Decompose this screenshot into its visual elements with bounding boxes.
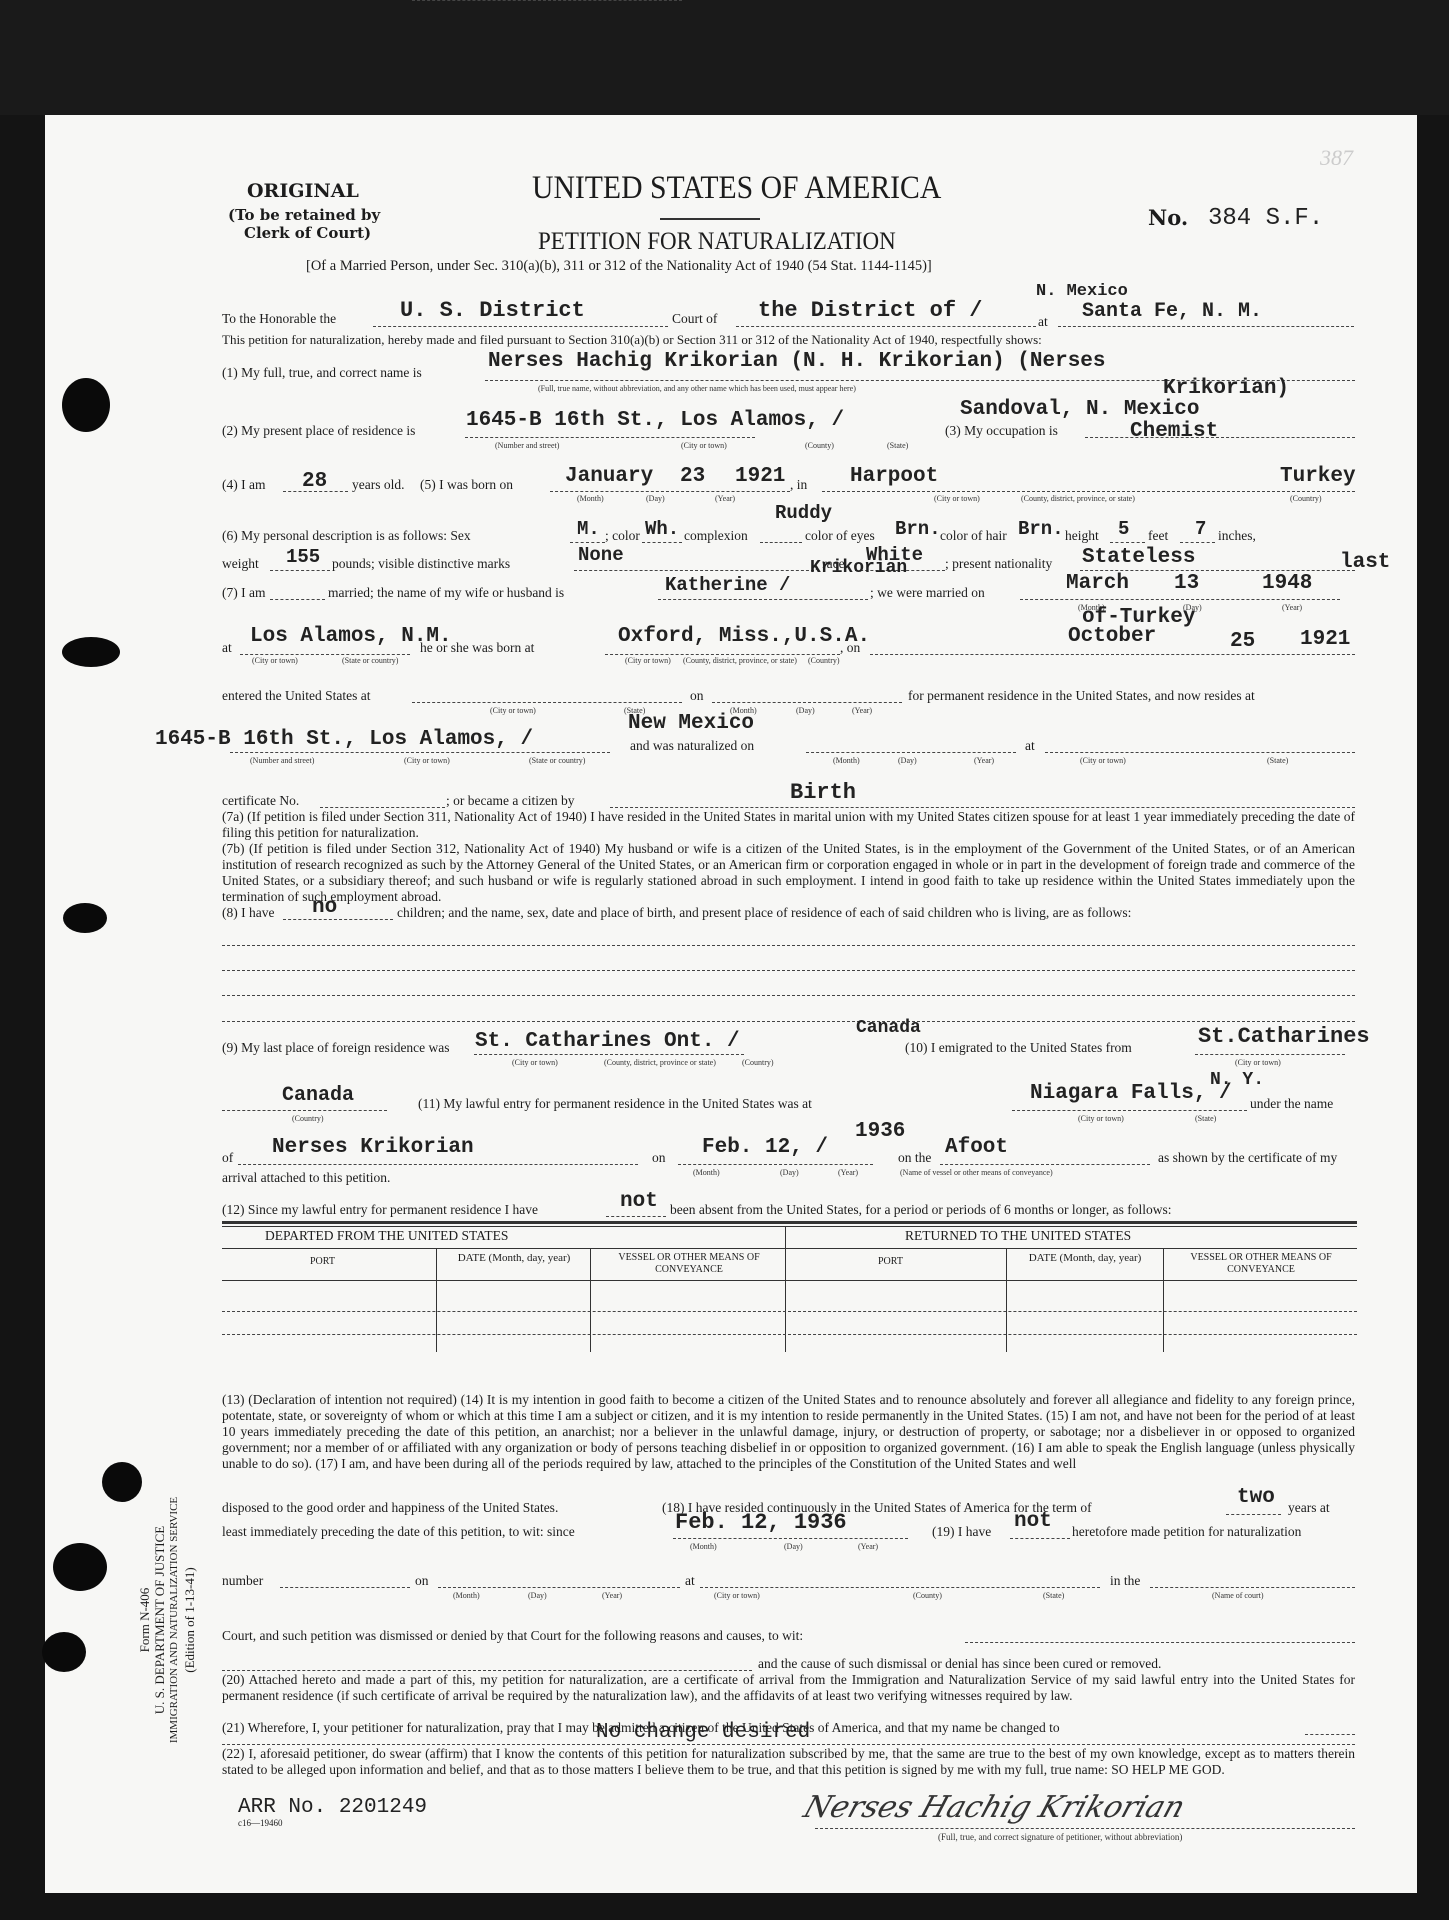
entry-of: of	[222, 1150, 233, 1166]
spouse-res-hint: (Number and street)	[250, 756, 314, 765]
title-rule	[660, 218, 760, 220]
born-in-label: , in	[790, 477, 807, 493]
entered-hint: (City or town)	[490, 706, 536, 715]
sections-13-17: (13) (Declaration of intention not requi…	[222, 1392, 1355, 1472]
field-line	[280, 1587, 410, 1588]
field-line	[1305, 1734, 1355, 1735]
marriage-place-hint: (State or country)	[342, 656, 398, 665]
age-suffix: years old.	[352, 477, 404, 493]
field-line	[1110, 542, 1145, 543]
birth-day: 23	[680, 465, 705, 488]
court-district-above: N. Mexico	[1036, 282, 1128, 301]
since-hint: (Year)	[858, 1542, 878, 1551]
eyes-label: color of eyes	[805, 528, 875, 544]
entry-tail: as shown by the certificate of my	[1158, 1150, 1337, 1166]
foreign-hint: (Country)	[742, 1058, 774, 1067]
entry-hint: (Name of vessel or other means of convey…	[900, 1168, 1053, 1177]
weight-label: weight	[222, 556, 259, 572]
marriage-hint: (Year)	[1282, 603, 1302, 612]
prior-hint: (Name of court)	[1212, 1591, 1264, 1600]
entered-on: on	[690, 688, 704, 704]
petition-number: 384 S.F.	[1208, 205, 1323, 232]
prior-on-label: on	[415, 1573, 429, 1589]
field-line	[1045, 752, 1355, 753]
residence-label: (2) My present place of residence is	[222, 423, 415, 439]
field-line	[222, 1670, 752, 1671]
married-label: (7) I am	[222, 585, 265, 601]
married-on-label: ; we were married on	[870, 585, 985, 601]
born-hint: (County, district, province, or state)	[1021, 494, 1135, 503]
field-line	[965, 1642, 1355, 1643]
col-header: PORT	[878, 1256, 903, 1267]
resided-tail: years at	[1288, 1500, 1330, 1516]
emigrated-country: Canada	[282, 1084, 354, 1107]
name-change-value: No change desired	[596, 1721, 810, 1744]
prior-tail: heretofore made petition for naturalizat…	[1072, 1524, 1301, 1540]
arrival-attached: arrival attached to this petition.	[222, 1170, 390, 1186]
naturalized-hint: (State)	[1267, 756, 1288, 765]
court-dismissed-text: Court, and such petition was dismissed o…	[222, 1628, 803, 1644]
hair-value: Brn.	[1018, 518, 1064, 540]
spouse-born-hint: (City or town)	[625, 656, 671, 665]
pursuant-text: This petition for naturalization, hereby…	[222, 332, 1042, 348]
prior-hint: (County)	[913, 1591, 942, 1600]
print-code: c16—19460	[238, 1818, 283, 1828]
table-row	[222, 1334, 1357, 1335]
signature-line	[815, 1828, 1355, 1829]
court-district: the District of /	[758, 298, 982, 323]
residence-value: 1645-B 16th St., Los Alamos, /	[466, 409, 844, 432]
residence-hint: (City or town)	[681, 441, 727, 450]
field-line	[240, 654, 410, 655]
certificate-label: certificate No.	[222, 793, 299, 809]
naturalized-hint: (Month)	[833, 756, 860, 765]
born-hint: (Year)	[715, 494, 735, 503]
field-line	[270, 570, 330, 571]
nationality-label: ; present nationality	[945, 556, 1052, 572]
arr-number: ARR No. 2201249	[238, 1796, 427, 1819]
name-hint: (Full, true name, without abbreviation, …	[538, 384, 856, 393]
height-feet: 5	[1118, 518, 1129, 540]
hair-label: color of hair	[940, 528, 1007, 544]
table-top-rule	[222, 1226, 1357, 1227]
table-header-rule	[222, 1280, 1357, 1281]
field-line	[1080, 570, 1355, 571]
resided-value: two	[1237, 1486, 1275, 1509]
field-line	[373, 326, 668, 327]
marriage-day: 13	[1174, 572, 1199, 595]
nationality-value: Stateless	[1082, 546, 1195, 569]
field-line	[412, 702, 682, 703]
marks-value: None	[578, 544, 624, 566]
entry-label: (11) My lawful entry for permanent resid…	[418, 1096, 812, 1112]
field-line	[222, 1110, 387, 1111]
field-line	[438, 1587, 680, 1588]
birth-year: 1921	[735, 465, 785, 488]
of-turkey-note: of-Turkey	[1082, 606, 1195, 629]
weight-value: 155	[286, 546, 320, 568]
spouse-born-on: , on	[840, 640, 860, 656]
entered-hint: (Year)	[852, 706, 872, 715]
scan-border-top	[0, 0, 1449, 115]
children-tail: children; and the name, sex, date and pl…	[397, 905, 1131, 921]
court-of-label: Court of	[672, 311, 717, 327]
spouse-birth-year: 1921	[1300, 628, 1350, 651]
prior-label: (19) I have	[932, 1524, 991, 1540]
prior-hint: (City or town)	[714, 1591, 760, 1600]
field-line	[270, 599, 325, 600]
entry-vessel: Afoot	[945, 1136, 1008, 1159]
prior-hint: (Month)	[453, 1591, 480, 1600]
entry-hint: (State)	[1195, 1114, 1216, 1123]
color-value: Wh.	[645, 518, 679, 540]
entry-city: Niagara Falls, /	[1030, 1082, 1232, 1105]
children-blank-line	[222, 1021, 1355, 1022]
prior-hint: (Day)	[528, 1591, 547, 1600]
court-at-label: at	[1038, 314, 1048, 330]
naturalized-label: and was naturalized on	[630, 738, 754, 754]
spouse-born-label: he or she was born at	[420, 640, 534, 656]
spouse-residence: 1645-B 16th St., Los Alamos, /	[155, 728, 533, 751]
foreign-hint: (City or town)	[512, 1058, 558, 1067]
entry-year: 1936	[855, 1120, 905, 1143]
field-line	[642, 542, 682, 543]
born-hint: (City or town)	[934, 494, 980, 503]
field-line	[678, 1164, 873, 1165]
emigrated-city: St.Catharines	[1198, 1024, 1370, 1049]
col-header: VESSEL OR OTHER MEANS OF CONVEYANCE	[1166, 1252, 1356, 1276]
field-line	[822, 491, 1355, 492]
petition-number-label: No.	[1148, 205, 1188, 230]
col-header: DATE (Month, day, year)	[1010, 1252, 1160, 1264]
nationality-note: last	[1340, 551, 1390, 574]
entry-hint: (Month)	[693, 1168, 720, 1177]
born-label: (5) I was born on	[420, 477, 513, 493]
entry-hint: (Year)	[838, 1168, 858, 1177]
field-line	[574, 570, 814, 571]
name-label: (1) My full, true, and correct name is	[222, 365, 422, 381]
inches-label: inches,	[1218, 528, 1256, 544]
service-name: IMMIGRATION AND NATURALIZATION SERVICE	[167, 1450, 182, 1790]
field-line	[673, 1538, 908, 1539]
entry-name: Nerses Krikorian	[272, 1136, 474, 1159]
court-name: U. S. District	[400, 298, 585, 323]
field-line	[1150, 1587, 1355, 1588]
entered-label: entered the United States at	[222, 688, 370, 704]
entered-hint: (Day)	[796, 706, 815, 715]
absent-value: not	[620, 1190, 658, 1213]
sex-value: M.	[577, 518, 600, 540]
complexion-label: complexion	[684, 528, 748, 544]
punch-hole	[62, 637, 120, 667]
field-line	[605, 654, 840, 655]
spouse-born-hint: (Country)	[808, 656, 840, 665]
pounds-label: pounds; visible distinctive marks	[332, 556, 510, 572]
foreign-hint: (County, district, province or state)	[604, 1058, 716, 1067]
marriage-place-hint: (City or town)	[252, 656, 298, 665]
field-line	[550, 491, 790, 492]
field-line	[940, 1164, 1150, 1165]
marriage-year: 1948	[1262, 572, 1312, 595]
born-hint: (Month)	[577, 494, 604, 503]
field-line	[465, 437, 755, 438]
residence-hint: (County)	[805, 441, 834, 450]
punch-hole	[42, 1632, 86, 1672]
departed-header: DEPARTED FROM THE UNITED STATES	[265, 1228, 508, 1244]
table-top-rule	[222, 1221, 1357, 1224]
form-number: Form N-406	[137, 1450, 152, 1790]
entry-state: N. Y.	[1210, 1070, 1264, 1090]
occupation-value: Chemist	[1130, 420, 1218, 443]
born-hint: (Day)	[646, 494, 665, 503]
field-line	[610, 807, 1355, 808]
foreign-residence-country: Canada	[856, 1018, 921, 1038]
spouse-birth-day: 25	[1230, 630, 1255, 653]
children-label: (8) I have	[222, 905, 274, 921]
entry-name-label: under the name	[1250, 1096, 1333, 1112]
punch-hole	[53, 1543, 107, 1591]
field-line	[1058, 326, 1354, 327]
citizen-by-value: Birth	[790, 780, 856, 805]
prior-in-the-label: in the	[1110, 1573, 1140, 1589]
section-7b: (7b) (If petition is filed under Section…	[222, 841, 1355, 905]
spouse-residence-state: New Mexico	[628, 712, 754, 735]
married-mid: married; the name of my wife or husband …	[328, 585, 564, 601]
column-divider	[590, 1249, 591, 1352]
column-divider	[436, 1249, 437, 1352]
field-line	[760, 542, 802, 543]
foreign-residence-label: (9) My last place of foreign residence w…	[222, 1040, 450, 1056]
punch-hole	[102, 1462, 142, 1502]
retained-note: (To be retained by	[228, 206, 380, 224]
emigrated-hint: (City or town)	[1235, 1058, 1281, 1067]
height-inches: 7	[1195, 518, 1206, 540]
born-hint: (Country)	[1290, 494, 1322, 503]
signature-hint: (Full, true, and correct signature of pe…	[938, 1832, 1182, 1842]
full-name-cont: Krikorian)	[1163, 377, 1289, 400]
emigrated-hint: (Country)	[292, 1114, 324, 1123]
table-row	[222, 1311, 1357, 1312]
citizen-by-label: ; or became a citizen by	[446, 793, 575, 809]
spouse-first-name: Katherine /	[665, 574, 790, 596]
field-line	[1195, 1054, 1345, 1055]
entered-tail: for permanent residence in the United St…	[908, 688, 1255, 704]
disposed-text: disposed to the good order and happiness…	[222, 1500, 558, 1516]
children-blank-line	[222, 970, 1355, 971]
entry-hint: (Day)	[780, 1168, 799, 1177]
color-label: ; color	[605, 528, 640, 544]
form-title: PETITION FOR NATURALIZATION	[538, 228, 896, 256]
entry-hint: (City or town)	[1078, 1114, 1124, 1123]
since-hint: (Month)	[690, 1542, 717, 1551]
field-line	[1226, 1514, 1281, 1515]
col-header: VESSEL OR OTHER MEANS OF CONVEYANCE	[594, 1252, 784, 1276]
field-line	[1180, 542, 1215, 543]
court-lead: To the Honorable the	[222, 311, 336, 327]
col-header: DATE (Month, day, year)	[440, 1252, 588, 1264]
naturalized-hint: (Day)	[898, 756, 917, 765]
field-line	[283, 919, 393, 920]
punch-hole	[62, 378, 110, 432]
section-22: (22) I, aforesaid petitioner, do swear (…	[222, 1746, 1355, 1778]
field-line	[700, 1587, 1100, 1588]
field-line	[1085, 437, 1355, 438]
least-label: least immediately preceding the date of …	[222, 1524, 575, 1540]
entry-on-the: on the	[898, 1150, 931, 1166]
field-line	[712, 702, 902, 703]
field-line	[1020, 599, 1340, 600]
entry-on: on	[652, 1150, 666, 1166]
retained-note: Clerk of Court)	[244, 224, 371, 242]
field-line	[1012, 1110, 1247, 1111]
emigrated-label: (10) I emigrated to the United States fr…	[905, 1040, 1132, 1056]
department-name: U. S. DEPARTMENT OF JUSTICE	[152, 1450, 167, 1790]
birth-city: Harpoot	[850, 465, 938, 488]
prior-hint: (State)	[1043, 1591, 1064, 1600]
field-line	[570, 542, 605, 543]
court-location: Santa Fe, N. M.	[1082, 300, 1262, 323]
married-at-label: at	[222, 640, 232, 656]
marriage-month: March	[1066, 572, 1129, 595]
field-line	[1010, 1538, 1070, 1539]
description-label: (6) My personal description is as follow…	[222, 528, 471, 544]
residence-hint: (Number and street)	[495, 441, 559, 450]
foreign-residence-value: St. Catharines Ont. /	[475, 1030, 740, 1053]
complexion-value: Ruddy	[775, 502, 832, 524]
pencil-mark: 387	[1320, 145, 1353, 171]
birth-country: Turkey	[1280, 465, 1356, 488]
field-line	[222, 1744, 1355, 1745]
column-divider	[1163, 1249, 1164, 1352]
birth-month: January	[565, 465, 653, 488]
field-line	[806, 752, 1016, 753]
field-line	[606, 1216, 666, 1217]
eyes-value: Brn.	[895, 518, 941, 540]
entry-date: Feb. 12, /	[702, 1136, 828, 1159]
punch-hole	[63, 903, 107, 933]
field-line	[870, 654, 1355, 655]
residence-county: Sandoval, N. Mexico	[960, 398, 1199, 421]
height-label: height	[1065, 528, 1099, 544]
children-value: no	[312, 896, 337, 919]
original-label: ORIGINAL	[247, 180, 359, 202]
field-line	[238, 1164, 638, 1165]
full-name: Nerses Hachig Krikorian (N. H. Krikorian…	[488, 350, 1106, 373]
spouse-birthplace: Oxford, Miss.,U.S.A.	[618, 625, 870, 648]
feet-label: feet	[1148, 528, 1168, 544]
field-line	[658, 599, 868, 600]
form-subtitle: [Of a Married Person, under Sec. 310(a)(…	[306, 258, 932, 275]
naturalized-hint: (City or town)	[1080, 756, 1126, 765]
spouse-res-hint: (City or town)	[404, 756, 450, 765]
prior-number-label: number	[222, 1573, 263, 1589]
since-date: Feb. 12, 1936	[675, 1510, 847, 1535]
field-line	[736, 326, 1036, 327]
col-header: PORT	[310, 1256, 335, 1267]
field-line	[412, 0, 682, 1]
section-7a: (7a) (If petition is filed under Section…	[222, 809, 1355, 841]
occupation-label: (3) My occupation is	[945, 423, 1058, 439]
form-edition: (Edition of 1-13-41)	[182, 1450, 197, 1790]
children-blank-line	[222, 945, 1355, 946]
country-title: UNITED STATES OF AMERICA	[532, 170, 941, 207]
form-info: Form N-406 U. S. DEPARTMENT OF JUSTICE I…	[137, 1450, 197, 1790]
since-hint: (Day)	[784, 1542, 803, 1551]
naturalized-at: at	[1025, 738, 1035, 754]
petitioner-signature: Nerses Hachig Krikorian	[799, 1790, 1189, 1825]
age-label: (4) I am	[222, 477, 265, 493]
field-line	[320, 807, 445, 808]
field-line	[230, 752, 610, 753]
prior-at-label: at	[685, 1573, 695, 1589]
table-subheader-rule	[222, 1248, 1357, 1249]
column-divider	[1006, 1249, 1007, 1352]
children-blank-line	[222, 995, 1355, 996]
prior-value: not	[1014, 1510, 1052, 1533]
returned-header: RETURNED TO THE UNITED STATES	[905, 1228, 1131, 1244]
age-value: 28	[302, 470, 327, 493]
spouse-last-name: Krikorian	[810, 558, 907, 578]
section-20: (20) Attached hereto and made a part of …	[222, 1672, 1355, 1704]
naturalized-hint: (Year)	[974, 756, 994, 765]
absent-tail: been absent from the United States, for …	[670, 1202, 1171, 1218]
spouse-res-hint: (State or country)	[529, 756, 585, 765]
residence-hint: (State)	[887, 441, 908, 450]
prior-hint: (Year)	[602, 1591, 622, 1600]
field-line	[474, 1054, 744, 1055]
cured-text: and the cause of such dismissal or denia…	[758, 1656, 1161, 1672]
spouse-born-hint: (County, district, province, or state)	[683, 656, 797, 665]
absent-label: (12) Since my lawful entry for permanent…	[222, 1202, 538, 1218]
